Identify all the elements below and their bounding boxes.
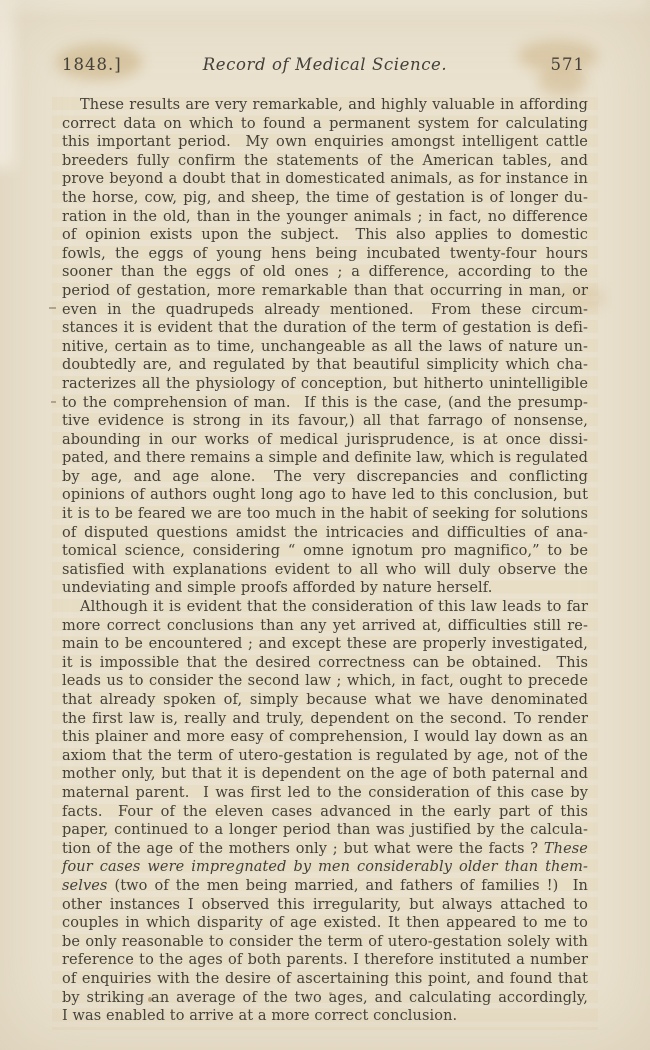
- paragraph: These results are very remarkable, and h…: [62, 96, 588, 598]
- text-segment: by age, and age alone. The very discrepa…: [62, 469, 588, 485]
- text-segment: it is impossible that the desired correc…: [62, 655, 588, 671]
- text-line: be only reasonable to consider the term …: [62, 933, 588, 952]
- text-line: selves (two of the men being married, an…: [62, 877, 588, 896]
- text-line: prove beyond a doubt that in domesticate…: [62, 170, 588, 189]
- text-line: stances it is evident that the duration …: [62, 319, 588, 338]
- text-line: fowls, the eggs of young hens being incu…: [62, 245, 588, 264]
- ink-smudge: [51, 401, 56, 403]
- text-line: it is impossible that the desired correc…: [62, 654, 588, 673]
- text-segment: even in the quadrupeds already mentioned…: [62, 302, 588, 318]
- text-segment: other instances I observed this irregula…: [62, 897, 588, 913]
- text-segment: reference to the ages of both parents. I…: [62, 952, 588, 968]
- text-segment: nitive, certain as to time, unchangeable…: [62, 339, 588, 355]
- text-segment: of enquiries with the desire of ascertai…: [62, 971, 588, 987]
- text-segment: tive evidence is strong in its favour,) …: [62, 413, 588, 429]
- text-segment: tion of the age of the mothers only ; bu…: [62, 841, 544, 857]
- text-line: other instances I observed this irregula…: [62, 896, 588, 915]
- text-line: I was enabled to arrive at a more correc…: [62, 1007, 588, 1026]
- text-line: tive evidence is strong in its favour,) …: [62, 412, 588, 431]
- text-segment: to the comprehension of man. If this is …: [62, 395, 588, 411]
- text-segment: (two of the men being married, and fathe…: [107, 878, 588, 894]
- text-line: main to be encountered ; and except thes…: [62, 635, 588, 654]
- text-line: it is to be feared we are too much in th…: [62, 505, 588, 524]
- text-line: nitive, certain as to time, unchangeable…: [62, 338, 588, 357]
- text-segment: pated, and there remains a simple and de…: [62, 450, 588, 466]
- text-segment: axiom that the term of utero-gestation i…: [62, 748, 588, 764]
- text-segment: this plainer and more easy of comprehens…: [62, 729, 588, 745]
- text-segment: ration in the old, than in the younger a…: [62, 209, 588, 225]
- text-line: paper, continued to a longer period than…: [62, 821, 588, 840]
- text-segment: correct data on which to found a permane…: [62, 116, 588, 132]
- italic-text-segment: selves: [62, 878, 107, 894]
- text-line: Although it is evident that the consider…: [62, 598, 588, 617]
- text-line: more correct conclusions than any yet ar…: [62, 617, 588, 636]
- text-line: by striking an average of the two ages, …: [62, 989, 588, 1008]
- text-line: pated, and there remains a simple and de…: [62, 449, 588, 468]
- text-line: the first law is, really and truly, depe…: [62, 710, 588, 729]
- text-segment: racterizes all the physiology of concept…: [62, 376, 588, 392]
- italic-text-segment: four cases were impregnated by men consi…: [62, 859, 588, 875]
- text-segment: undeviating and simple proofs afforded b…: [62, 580, 492, 596]
- page-number: 571: [551, 54, 586, 76]
- text-line: axiom that the term of utero-gestation i…: [62, 747, 588, 766]
- text-line: facts. Four of the eleven cases advanced…: [62, 803, 588, 822]
- text-line: breeders fully confirm the statements of…: [62, 152, 588, 171]
- text-line: by age, and age alone. The very discrepa…: [62, 468, 588, 487]
- text-line: These results are very remarkable, and h…: [62, 96, 588, 115]
- text-segment: of opinion exists upon the subject. This…: [62, 227, 588, 243]
- italic-text-segment: These: [544, 841, 588, 857]
- text-segment: leads us to consider the second law ; wh…: [62, 673, 588, 689]
- text-segment: this important period. My own enquiries …: [62, 134, 588, 150]
- text-line: doubtedly are, and regulated by that bea…: [62, 356, 588, 375]
- text-line: leads us to consider the second law ; wh…: [62, 672, 588, 691]
- text-segment: Although it is evident that the consider…: [80, 599, 588, 615]
- text-segment: prove beyond a doubt that in domesticate…: [62, 171, 588, 187]
- text-line: the horse, cow, pig, and sheep, the time…: [62, 189, 588, 208]
- text-line: opinions of authors ought long ago to ha…: [62, 486, 588, 505]
- text-line: tion of the age of the mothers only ; bu…: [62, 840, 588, 859]
- text-line: abounding in our works of medical jurisp…: [62, 431, 588, 450]
- scanned-page: 1848.] Record of Medical Science. 571 Th…: [0, 0, 650, 1050]
- text-segment: mother only, but that it is dependent on…: [62, 766, 588, 782]
- text-line: reference to the ages of both parents. I…: [62, 951, 588, 970]
- page-header: 1848.] Record of Medical Science. 571: [62, 54, 588, 76]
- text-line: four cases were impregnated by men consi…: [62, 858, 588, 877]
- text-segment: couples in which disparity of age existe…: [62, 915, 588, 931]
- text-line: tomical science, considering “ omne igno…: [62, 542, 588, 561]
- text-segment: I was enabled to arrive at a more correc…: [62, 1008, 457, 1024]
- text-line: maternal parent. I was first led to the …: [62, 784, 588, 803]
- text-line: satisfied with explanations evident to a…: [62, 561, 588, 580]
- text-line: this plainer and more easy of comprehens…: [62, 728, 588, 747]
- ink-smudge: [49, 307, 56, 309]
- text-line: couples in which disparity of age existe…: [62, 914, 588, 933]
- paragraph: Although it is evident that the consider…: [62, 598, 588, 1026]
- paper-edge-highlight: [0, 0, 14, 168]
- text-line: even in the quadrupeds already mentioned…: [62, 301, 588, 320]
- text-segment: satisfied with explanations evident to a…: [62, 562, 588, 578]
- text-line: to the comprehension of man. If this is …: [62, 394, 588, 413]
- text-line: period of gestation, more remarkable tha…: [62, 282, 588, 301]
- text-segment: the horse, cow, pig, and sheep, the time…: [62, 190, 588, 206]
- text-segment: opinions of authors ought long ago to ha…: [62, 487, 588, 503]
- text-line: ration in the old, than in the younger a…: [62, 208, 588, 227]
- text-segment: fowls, the eggs of young hens being incu…: [62, 246, 588, 262]
- text-segment: be only reasonable to consider the term …: [62, 934, 588, 950]
- text-line: undeviating and simple proofs afforded b…: [62, 579, 588, 598]
- text-line: racterizes all the physiology of concept…: [62, 375, 588, 394]
- text-segment: These results are very remarkable, and h…: [80, 97, 588, 113]
- journal-title: Record of Medical Science.: [62, 54, 588, 76]
- text-line: of enquiries with the desire of ascertai…: [62, 970, 588, 989]
- text-segment: it is to be feared we are too much in th…: [62, 506, 588, 522]
- text-segment: doubtedly are, and regulated by that bea…: [62, 357, 588, 373]
- text-segment: paper, continued to a longer period than…: [62, 822, 588, 838]
- text-segment: stances it is evident that the duration …: [62, 320, 588, 336]
- text-line: of opinion exists upon the subject. This…: [62, 226, 588, 245]
- text-line: mother only, but that it is dependent on…: [62, 765, 588, 784]
- text-line: that already spoken of, simply because w…: [62, 691, 588, 710]
- text-segment: breeders fully confirm the statements of…: [62, 153, 588, 169]
- text-segment: main to be encountered ; and except thes…: [62, 636, 588, 652]
- text-segment: more correct conclusions than any yet ar…: [62, 618, 588, 634]
- text-segment: of disputed questions amidst the intrica…: [62, 525, 588, 541]
- text-segment: the first law is, really and truly, depe…: [62, 711, 588, 727]
- text-segment: period of gestation, more remarkable tha…: [62, 283, 588, 299]
- text-segment: maternal parent. I was first led to the …: [62, 785, 588, 801]
- text-line: sooner than the eggs of old ones ; a dif…: [62, 263, 588, 282]
- text-line: correct data on which to found a permane…: [62, 115, 588, 134]
- text-line: this important period. My own enquiries …: [62, 133, 588, 152]
- text-segment: sooner than the eggs of old ones ; a dif…: [62, 264, 588, 280]
- text-segment: facts. Four of the eleven cases advanced…: [62, 804, 588, 820]
- text-segment: abounding in our works of medical jurisp…: [62, 432, 588, 448]
- text-line: of disputed questions amidst the intrica…: [62, 524, 588, 543]
- paper-edge-highlight: [0, 0, 650, 10]
- text-segment: by striking an average of the two ages, …: [62, 990, 588, 1006]
- text-segment: tomical science, considering “ omne igno…: [62, 543, 588, 559]
- text-segment: that already spoken of, simply because w…: [62, 692, 588, 708]
- page-body: These results are very remarkable, and h…: [62, 96, 588, 1026]
